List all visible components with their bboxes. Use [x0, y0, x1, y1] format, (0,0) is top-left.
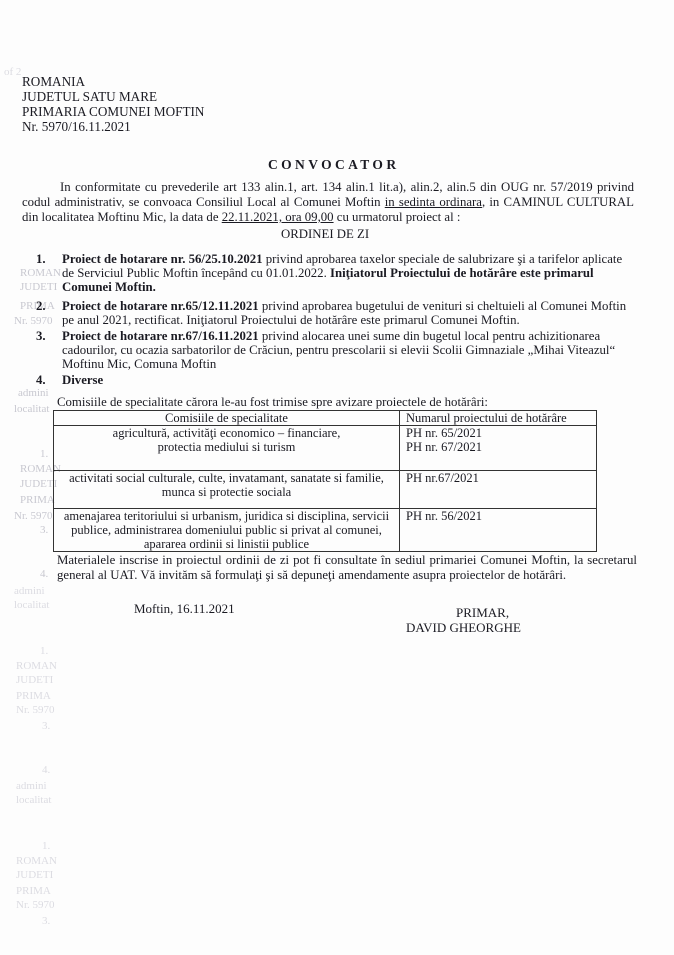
committees-table: Comisiile de specialitate Numarul proiec…	[53, 410, 597, 552]
committees-intro: Comisiile de specialitate cărora le-au f…	[57, 395, 488, 410]
bleed-through-mark: JUDETI	[16, 674, 53, 686]
county-line: JUDETUL SATU MARE	[22, 89, 157, 104]
agenda-item: 3.Proiect de hotarare nr.67/16.11.2021 p…	[62, 329, 637, 371]
bleed-through-mark: of 2	[4, 66, 21, 78]
bleed-through-mark: PRIMA	[20, 494, 55, 506]
agenda-item-number: 4.	[36, 373, 46, 387]
session-type: in sedinta ordinara	[385, 195, 482, 209]
committee-projects: PH nr.67/2021	[400, 471, 597, 509]
column-header-projects: Numarul proiectului de hotărâre	[400, 411, 597, 426]
column-header-committees: Comisiile de specialitate	[54, 411, 400, 426]
intro-paragraph: In conformitate cu prevederile art 133 a…	[22, 180, 634, 225]
bleed-through-mark: 1.	[40, 448, 48, 460]
agenda-item-title: Proiect de hotarare nr.65/12.11.2021	[62, 299, 259, 313]
registration-number: Nr. 5970/16.11.2021	[22, 119, 131, 134]
agenda-item-number: 2.	[36, 299, 46, 313]
bleed-through-mark: JUDETI	[20, 478, 57, 490]
committee-name: agricultură, activităţi economico – fina…	[54, 426, 400, 471]
bleed-through-mark: 3.	[42, 720, 50, 732]
committee-name: activitati social culturale, culte, inva…	[54, 471, 400, 509]
bleed-through-mark: 3.	[42, 915, 50, 927]
bleed-through-mark: ROMAN	[16, 660, 57, 672]
bleed-through-mark: Nr. 5970	[16, 899, 55, 911]
place-date: Moftin, 16.11.2021	[134, 601, 235, 617]
table-row: amenajarea teritoriului si urbanism, jur…	[54, 509, 597, 552]
bleed-through-mark: Nr. 5970	[14, 510, 53, 522]
institution-line: PRIMARIA COMUNEI MOFTIN	[22, 104, 204, 119]
document-title: CONVOCATOR	[268, 157, 400, 173]
agenda-item: 4.Diverse	[62, 373, 637, 387]
intro-text-3: cu urmatorul proiect al :	[334, 210, 461, 224]
bleed-through-mark: localitat	[16, 794, 51, 806]
signature-role: PRIMAR,	[456, 605, 509, 621]
closing-paragraph: Materialele inscrise in proiectul ordini…	[57, 553, 637, 583]
bleed-through-mark: ROMAN	[20, 267, 61, 279]
agenda-item-number: 3.	[36, 329, 46, 343]
meeting-datetime: 22.11.2021, ora 09,00	[222, 210, 334, 224]
agenda-item-title: Proiect de hotarare nr. 56/25.10.2021	[62, 252, 263, 266]
agenda-heading: ORDINEI DE ZI	[281, 227, 369, 242]
table-row: activitati social culturale, culte, inva…	[54, 471, 597, 509]
agenda-item: 1.Proiect de hotarare nr. 56/25.10.2021 …	[62, 252, 637, 294]
bleed-through-mark: JUDETI	[16, 869, 53, 881]
bleed-through-mark: localitat	[14, 599, 49, 611]
table-row: agricultură, activităţi economico – fina…	[54, 426, 597, 471]
table-header-row: Comisiile de specialitate Numarul proiec…	[54, 411, 597, 426]
bleed-through-mark: 1.	[42, 840, 50, 852]
committee-name: amenajarea teritoriului si urbanism, jur…	[54, 509, 400, 552]
bleed-through-mark: localitat	[14, 403, 49, 415]
bleed-through-mark: Nr. 5970	[14, 315, 53, 327]
signature-name: DAVID GHEORGHE	[406, 620, 521, 636]
agenda-item-title: Diverse	[62, 373, 103, 387]
agenda-item-number: 1.	[36, 252, 46, 266]
bleed-through-mark: PRIMA	[16, 690, 51, 702]
bleed-through-mark: admini	[16, 780, 47, 792]
bleed-through-mark: Nr. 5970	[16, 704, 55, 716]
committee-projects: PH nr. 56/2021	[400, 509, 597, 552]
agenda-item-title: Proiect de hotarare nr.67/16.11.2021	[62, 329, 259, 343]
committee-projects: PH nr. 65/2021 PH nr. 67/2021	[400, 426, 597, 471]
bleed-through-mark: 1.	[40, 645, 48, 657]
bleed-through-mark: ROMAN	[16, 855, 57, 867]
country-line: ROMANIA	[22, 74, 85, 89]
bleed-through-mark: admini	[14, 585, 45, 597]
bleed-through-mark: 3.	[40, 524, 48, 536]
bleed-through-mark: 4.	[42, 764, 50, 776]
bleed-through-mark: admini	[18, 387, 49, 399]
bleed-through-mark: 4.	[40, 568, 48, 580]
agenda-item: 2.Proiect de hotarare nr.65/12.11.2021 p…	[62, 299, 637, 327]
bleed-through-mark: JUDETI	[20, 281, 57, 293]
bleed-through-mark: PRIMA	[16, 885, 51, 897]
